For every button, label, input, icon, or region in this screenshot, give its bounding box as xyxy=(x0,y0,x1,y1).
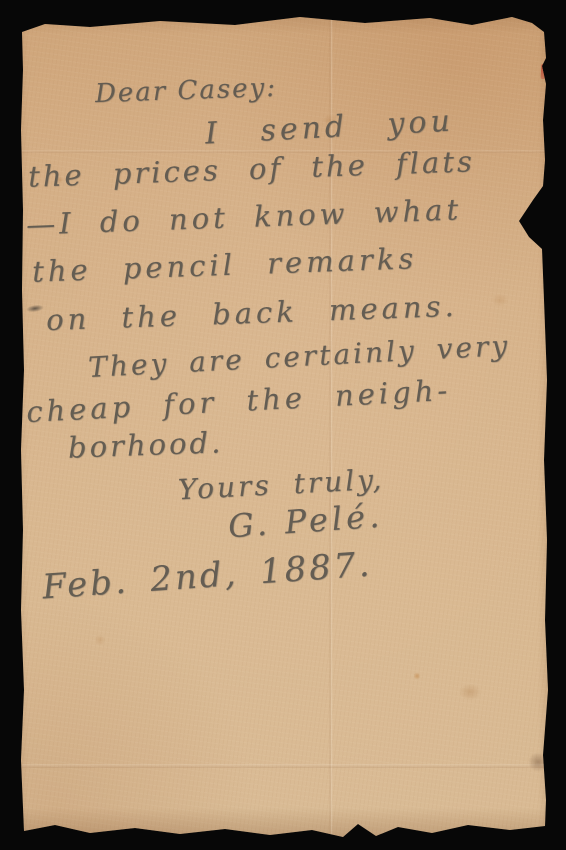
red-edge-mark xyxy=(540,64,546,79)
photo-background: Dear Casey: I send you the prices of the… xyxy=(0,0,566,850)
letter-salutation: Dear Casey: xyxy=(95,73,278,109)
horizontal-fold-crease-bottom xyxy=(22,764,546,768)
letter-body-line: borhood. xyxy=(67,425,223,464)
letter-paper: Dear Casey: I send you the prices of the… xyxy=(0,0,566,850)
right-edge-smudge xyxy=(528,752,548,772)
